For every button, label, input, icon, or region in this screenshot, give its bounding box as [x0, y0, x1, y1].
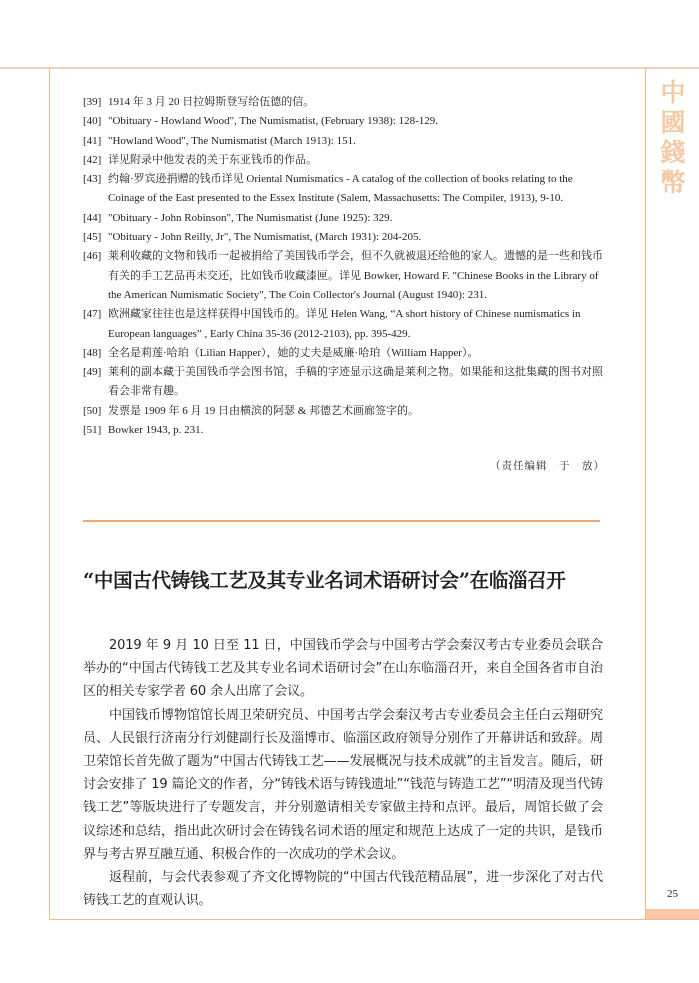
endnote-number: [51] — [83, 421, 101, 440]
endnote-text: Bowker 1943, p. 231. — [108, 421, 603, 440]
endnote: [43]约翰·罗宾逊捐赠的钱币详见 Oriental Numismatics -… — [83, 170, 603, 209]
frame-left-line — [49, 68, 50, 920]
brand-char: 國 — [652, 108, 694, 138]
endnote-text: 详见附录中他发表的关于东亚钱币的作品。 — [108, 151, 603, 170]
endnote-text: 莱利收藏的文物和钱币一起被捐给了美国钱币学会，但不久就被退还给他的家人。遗憾的是… — [108, 247, 603, 305]
editor-credit: （责任编辑 于 放） — [490, 458, 605, 473]
frame-right-line — [645, 68, 646, 920]
endnote-text: 1914 年 3 月 20 日拉姆斯登写给伍德的信。 — [108, 93, 603, 112]
endnote-number: [45] — [83, 228, 101, 247]
page-number-tab — [646, 909, 699, 919]
endnote: [49]莱利的副本藏于美国钱币学会图书馆，手稿的字迹显示这确是莱利之物。如果能和… — [83, 363, 603, 402]
endnote-text: "Obituary - Howland Wood", The Numismati… — [108, 112, 603, 131]
journal-brand-vertical: 中 國 錢 幣 — [652, 78, 694, 198]
section-separator — [83, 520, 600, 522]
endnote-number: [50] — [83, 402, 101, 421]
article-title: “中国古代铸钱工艺及其专业名词术语研讨会”在临淄召开 — [83, 565, 623, 593]
frame-top-line — [0, 67, 699, 69]
endnote-number: [41] — [83, 132, 101, 151]
article-paragraph: 返程前，与会代表参观了齐文化博物院的“中国古代钱范精品展”，进一步深化了对古代铸… — [83, 866, 603, 912]
endnote: [44]"Obituary - John Robinson", The Numi… — [83, 209, 603, 228]
endnote-number: [49] — [83, 363, 101, 382]
page-number: 25 — [646, 888, 699, 900]
endnote: [50]发票是 1909 年 6 月 19 日由横滨的阿瑟 & 邦德艺术画廊签字… — [83, 402, 603, 421]
article-body: 2019 年 9 月 10 日至 11 日，中国钱币学会与中国考古学会秦汉考古专… — [83, 634, 603, 912]
endnote-number: [44] — [83, 209, 101, 228]
endnote: [39]1914 年 3 月 20 日拉姆斯登写给伍德的信。 — [83, 93, 603, 112]
endnote: [48]全名是莉莲·哈珀（Lilian Happer），她的丈夫是威廉·哈珀（W… — [83, 344, 603, 363]
endnote-number: [48] — [83, 344, 101, 363]
brand-char: 中 — [652, 78, 694, 108]
endnote-number: [46] — [83, 247, 101, 266]
brand-char: 錢 — [652, 138, 694, 168]
endnote-text: "Obituary - John Reilly, Jr", The Numism… — [108, 228, 603, 247]
endnote-text: 约翰·罗宾逊捐赠的钱币详见 Oriental Numismatics - A c… — [108, 170, 603, 209]
endnote-number: [42] — [83, 151, 101, 170]
endnotes-list: [39]1914 年 3 月 20 日拉姆斯登写给伍德的信。 [40]"Obit… — [83, 93, 603, 440]
frame-bottom-line — [49, 919, 699, 920]
endnote: [41]"Howland Wood", The Numismatist (Mar… — [83, 132, 603, 151]
endnote-number: [43] — [83, 170, 101, 189]
endnote-text: 欧洲藏家往往也是这样获得中国钱币的。详见 Helen Wang, “A shor… — [108, 305, 603, 344]
endnote: [40]"Obituary - Howland Wood", The Numis… — [83, 112, 603, 131]
endnote-number: [39] — [83, 93, 101, 112]
endnote-number: [47] — [83, 305, 101, 324]
endnote-text: "Obituary - John Robinson", The Numismat… — [108, 209, 603, 228]
article-paragraph: 2019 年 9 月 10 日至 11 日，中国钱币学会与中国考古学会秦汉考古专… — [83, 634, 603, 704]
endnote: [47]欧洲藏家往往也是这样获得中国钱币的。详见 Helen Wang, “A … — [83, 305, 603, 344]
endnote: [42]详见附录中他发表的关于东亚钱币的作品。 — [83, 151, 603, 170]
brand-char: 幣 — [652, 168, 694, 198]
endnote: [45]"Obituary - John Reilly, Jr", The Nu… — [83, 228, 603, 247]
endnote: [46]莱利收藏的文物和钱币一起被捐给了美国钱币学会，但不久就被退还给他的家人。… — [83, 247, 603, 305]
endnote-number: [40] — [83, 112, 101, 131]
endnote: [51]Bowker 1943, p. 231. — [83, 421, 603, 440]
endnote-text: 莱利的副本藏于美国钱币学会图书馆，手稿的字迹显示这确是莱利之物。如果能和这批集藏… — [108, 363, 603, 402]
endnote-text: 发票是 1909 年 6 月 19 日由横滨的阿瑟 & 邦德艺术画廊签字的。 — [108, 402, 603, 421]
endnote-text: 全名是莉莲·哈珀（Lilian Happer），她的丈夫是威廉·哈珀（Willi… — [108, 344, 603, 363]
endnote-text: "Howland Wood", The Numismatist (March 1… — [108, 132, 603, 151]
article-paragraph: 中国钱币博物馆馆长周卫荣研究员、中国考古学会秦汉考古专业委员会主任白云翔研究员、… — [83, 704, 603, 866]
